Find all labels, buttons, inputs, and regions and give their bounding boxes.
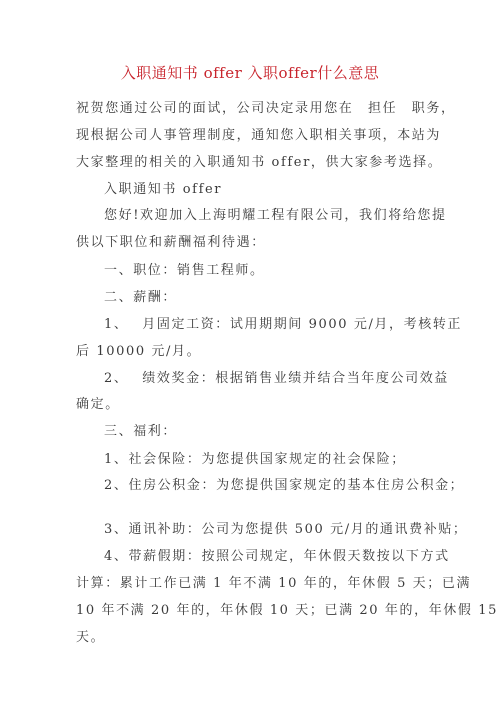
paragraph-line: 您好!欢迎加入上海明耀工程有限公司，我们将给您提 — [104, 207, 447, 225]
paragraph-line: 计算：累计工作已满 1 年不满 10 年的，年休假 5 天；已满 — [76, 575, 471, 593]
paragraph-line: 一、职位：销售工程师。 — [104, 262, 265, 280]
paragraph-line: 后 10000 元/月。 — [76, 343, 201, 361]
paragraph-line: 大家整理的相关的入职通知书 offer，供大家参考选择。 — [76, 154, 442, 172]
paragraph-line: 2、住房公积金：为您提供国家规定的基本住房公积金； — [104, 477, 464, 495]
document-title: 入职通知书 offer 入职offer什么意思 — [0, 62, 500, 83]
paragraph-line: 1、 月固定工资：试用期期间 9000 元/月，考核转正 — [104, 316, 462, 334]
paragraph-line: 1、社会保险：为您提供国家规定的社会保险； — [104, 451, 406, 469]
paragraph-line: 确定。 — [76, 396, 120, 414]
paragraph-line: 供以下职位和薪酬福利待遇： — [76, 234, 266, 252]
paragraph-line: 10 年不满 20 年的，年休假 10 天；已满 20 年的，年休假 15 — [76, 602, 498, 620]
paragraph-line: 2、 绩效奖金：根据销售业绩并结合当年度公司效益 — [104, 370, 449, 388]
paragraph-line: 4、带薪假期：按照公司规定，年休假天数按以下方式 — [104, 548, 450, 566]
paragraph-line: 祝贺您通过公司的面试，公司决定录用您在 担任 职务， — [76, 100, 456, 118]
paragraph-line: 三、福利： — [104, 423, 177, 441]
paragraph-line: 现根据公司人事管理制度，通知您入职相关事项，本站为 — [76, 127, 441, 145]
paragraph-line: 入职通知书 offer — [104, 181, 222, 199]
paragraph-line: 3、通讯补助：公司为您提供 500 元/月的通讯费补贴； — [104, 521, 468, 539]
paragraph-line: 天。 — [76, 629, 105, 647]
paragraph-line: 二、薪酬： — [104, 289, 177, 307]
